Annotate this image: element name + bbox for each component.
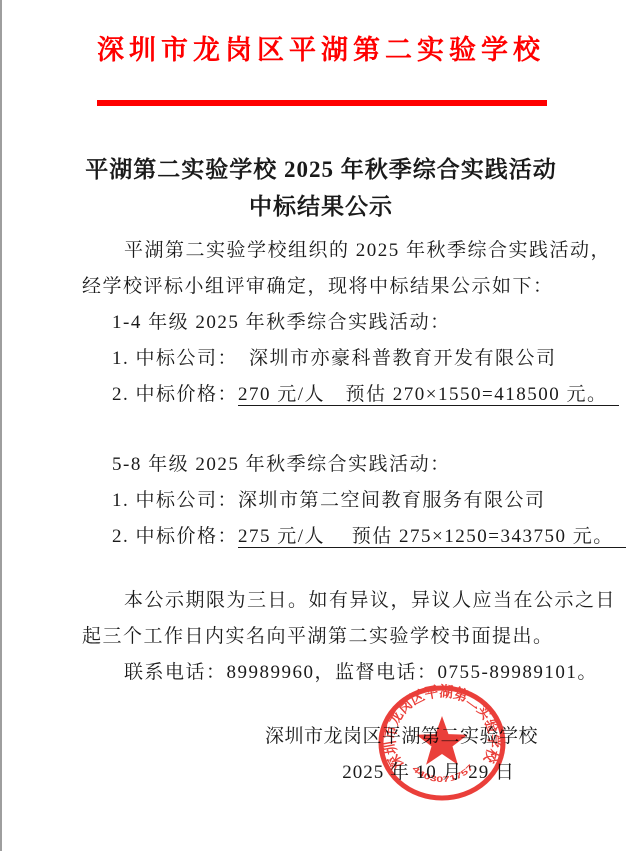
- section2-company-label: 1. 中标公司：: [112, 490, 238, 511]
- section2-price-label: 2. 中标价格：: [112, 526, 238, 547]
- section1-company-label: 1. 中标公司：: [112, 348, 249, 369]
- section2-heading: 5-8 年级 2025 年秋季综合实践活动：: [82, 447, 582, 483]
- contact-line: 联系电话：89989960，监督电话：0755-89989101。: [82, 655, 582, 691]
- section1-company-line: 1. 中标公司： 深圳市亦豪科普教育开发有限公司: [82, 341, 582, 377]
- signature-date: 2025 年 10 月 29 日: [2, 755, 640, 791]
- school-letterhead-title: 深圳市龙岗区平湖第二实验学校: [2, 0, 640, 66]
- section1-price-line: 2. 中标价格：270 元/人 预估 270×1550=418500 元。: [82, 377, 582, 413]
- intro-line1: 平湖第二实验学校组织的 2025 年秋季综合实践活动，: [82, 233, 582, 269]
- letterhead-divider-rule: [97, 100, 547, 106]
- section2-company-line: 1. 中标公司：深圳市第二空间教育服务有限公司: [82, 483, 582, 519]
- document-title-line1: 平湖第二实验学校 2025 年秋季综合实践活动: [2, 151, 640, 188]
- section1-company-name: 深圳市亦豪科普教育开发有限公司: [249, 348, 557, 369]
- section-spacer: [82, 413, 582, 447]
- announcement-document-page: 深圳市龙岗区平湖第二实验学校 平湖第二实验学校 2025 年秋季综合实践活动 中…: [0, 0, 640, 851]
- section1-heading: 1-4 年级 2025 年秋季综合实践活动：: [82, 305, 582, 341]
- section1-price-label: 2. 中标价格：: [112, 384, 238, 405]
- document-title: 平湖第二实验学校 2025 年秋季综合实践活动 中标结果公示: [2, 151, 640, 225]
- notice-line2: 起三个工作日内实名向平湖第二实验学校书面提出。: [82, 619, 582, 655]
- section2-price-value: 275 元/人 预估 275×1250=343750 元。: [238, 526, 626, 548]
- signature-organization: 深圳市龙岗区平湖第二实验学校: [2, 719, 640, 755]
- notice-line1: 本公示期限为三日。如有异议，异议人应当在公示之日: [82, 583, 582, 619]
- document-title-line2: 中标结果公示: [2, 188, 640, 225]
- section2-company-name: 深圳市第二空间教育服务有限公司: [238, 490, 546, 511]
- section-spacer: [82, 555, 582, 583]
- intro-line2: 经学校评标小组评审确定，现将中标结果公示如下：: [82, 269, 582, 305]
- section2-price-line: 2. 中标价格：275 元/人 预估 275×1250=343750 元。: [82, 519, 582, 555]
- document-body: 平湖第二实验学校组织的 2025 年秋季综合实践活动， 经学校评标小组评审确定，…: [2, 233, 640, 691]
- section1-price-value: 270 元/人 预估 270×1550=418500 元。: [238, 384, 619, 406]
